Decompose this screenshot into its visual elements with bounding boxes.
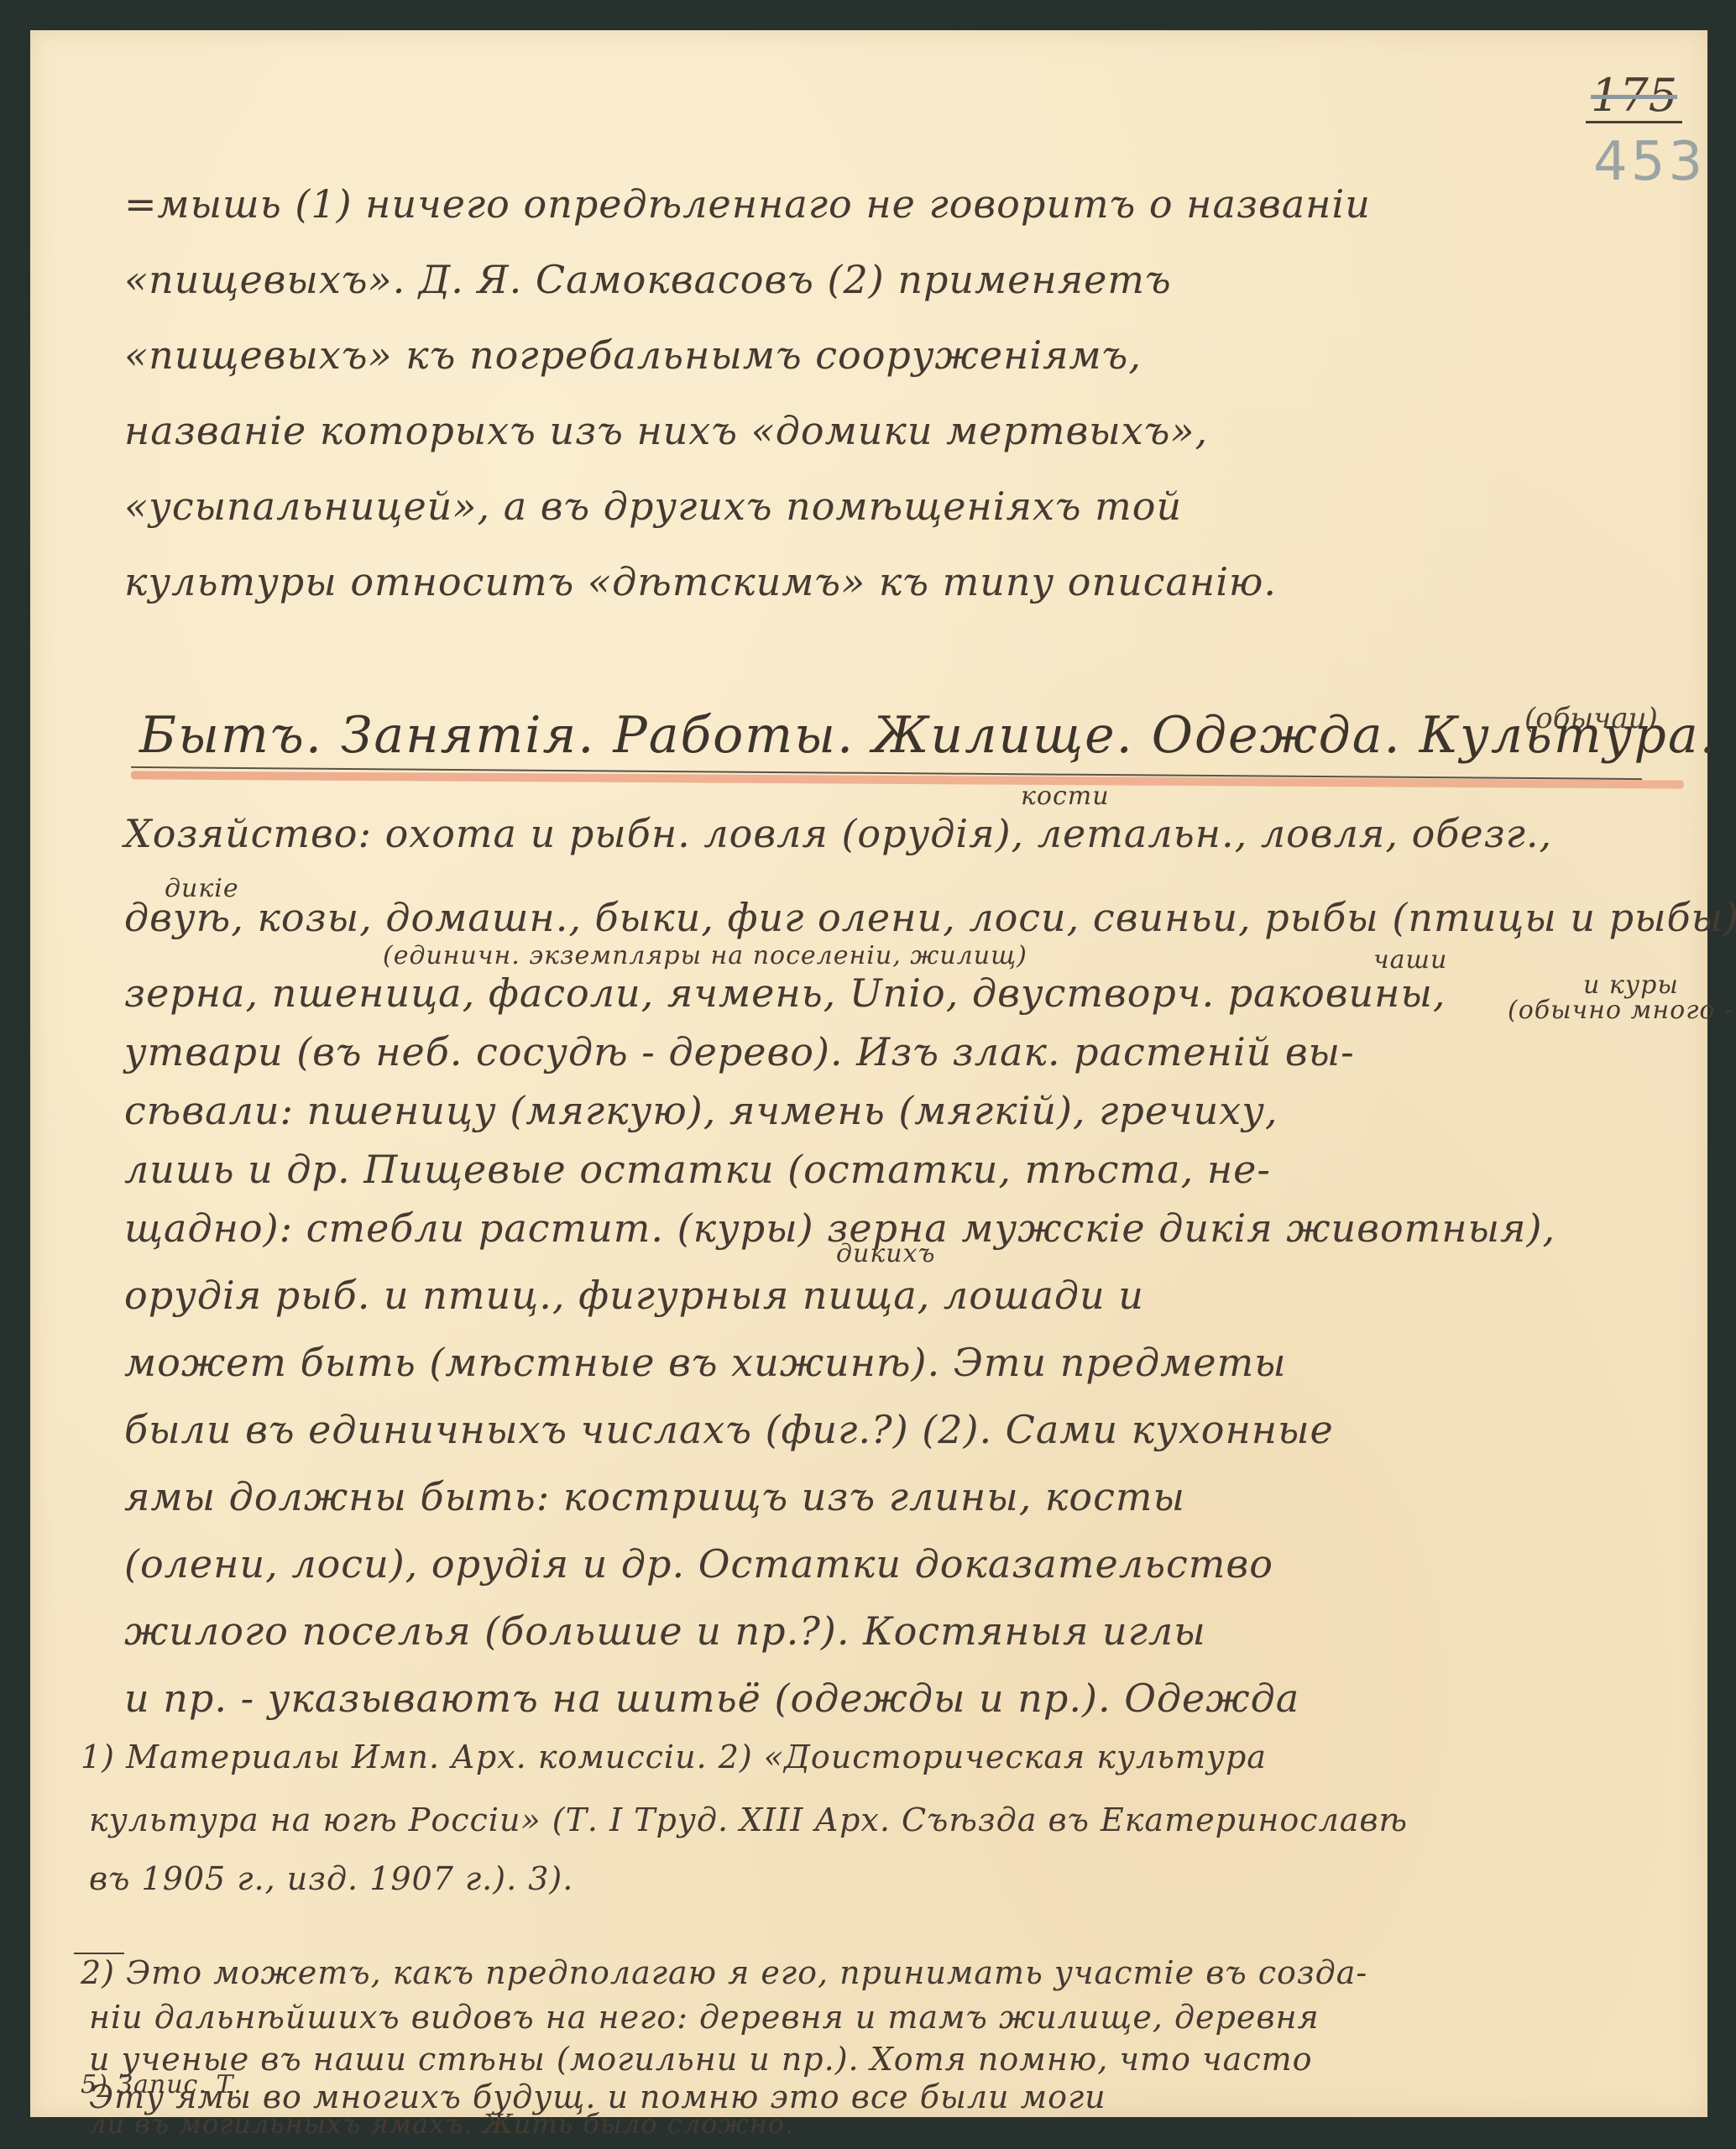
text-line: «пищевыхъ». Д. Я. Самоквасовъ (2) примен… xyxy=(124,257,1172,302)
footnote-line: въ 1905 г., изд. 1907 г.). 3). xyxy=(89,1860,573,1897)
text-line: зерна, пшеница, фасоли, ячмень, Unio, дв… xyxy=(124,970,1446,1016)
interlinear-note: (единичн. экземпляры на поселеніи, жилищ… xyxy=(383,941,1027,970)
text-line: может быть (мѣстные въ хижинѣ). Эти пред… xyxy=(124,1340,1287,1385)
text-line: «пищевыхъ» къ погребальнымъ сооруженіямъ… xyxy=(124,332,1142,378)
text-line: двуѣ, козы, домашн., быки, фиг олени, ло… xyxy=(124,895,1736,940)
text-line: утвари (въ неб. сосудѣ - дерево). Изъ зл… xyxy=(124,1029,1355,1074)
folio-number-new: 453 xyxy=(1593,131,1706,193)
manuscript-page: 175 453 =мышь (1) ничего опредѣленнаго н… xyxy=(30,30,1707,2117)
footnote-line: 1) Материалы Имп. Арх. комиссіи. 2) «Дои… xyxy=(81,1739,1267,1775)
text-line: жилого поселья (большие и пр.?). Костяны… xyxy=(124,1608,1206,1654)
text-line: были въ единичныхъ числахъ (фиг.?) (2). … xyxy=(124,1407,1334,1452)
text-line: «усыпальницей», а въ другихъ помѣщеніяхъ… xyxy=(124,484,1182,529)
text-line: =мышь (1) ничего опредѣленнаго не говори… xyxy=(124,181,1371,227)
interlinear-note: (обычно много - въ ямахъ) xyxy=(1508,996,1736,1025)
text-line: культуры относитъ «дѣтскимъ» къ типу опи… xyxy=(124,559,1277,604)
footnote-line: 2) Это можетъ, какъ предполагаю я его, п… xyxy=(81,1954,1367,1991)
text-line: орудія рыб. и птиц., фигурныя пища, лоша… xyxy=(124,1273,1144,1318)
footnote-line: ніи дальнѣйшихъ видовъ на него: деревня … xyxy=(89,1999,1320,2036)
text-line: ямы должны быть: кострищъ изъ глины, кос… xyxy=(124,1474,1185,1519)
footnote-line: культура на югѣ Россіи» (Т. I Труд. XIII… xyxy=(89,1801,1408,1838)
interlinear-note: дикихъ xyxy=(836,1239,936,1268)
section-heading: Бытъ. Занятія. Работы. Жилище. Одежда. К… xyxy=(139,706,1718,765)
interlinear-note: кости xyxy=(1021,782,1110,811)
text-line: лишь и др. Пищевые остатки (остатки, тѣс… xyxy=(124,1147,1271,1192)
text-line: сѣвали: пшеницу (мягкую), ячмень (мягкій… xyxy=(124,1088,1278,1133)
text-line: (олени, лоси), орудія и др. Остатки дока… xyxy=(124,1541,1273,1587)
footnote-line: ли въ могильныхъ ямахъ. Жить было сложно… xyxy=(89,2108,794,2140)
folio-number-old: 175 xyxy=(1586,71,1682,123)
footnote-line: и ученые въ наши стѣны (могильни и пр.).… xyxy=(89,2041,1313,2078)
text-line: Хозяйство: охота и рыбн. ловля (орудія),… xyxy=(124,811,1552,856)
text-line: названіе которыхъ изъ нихъ «домики мертв… xyxy=(124,408,1208,453)
text-line: и пр. - указываютъ на шитьё (одежды и пр… xyxy=(124,1676,1299,1721)
